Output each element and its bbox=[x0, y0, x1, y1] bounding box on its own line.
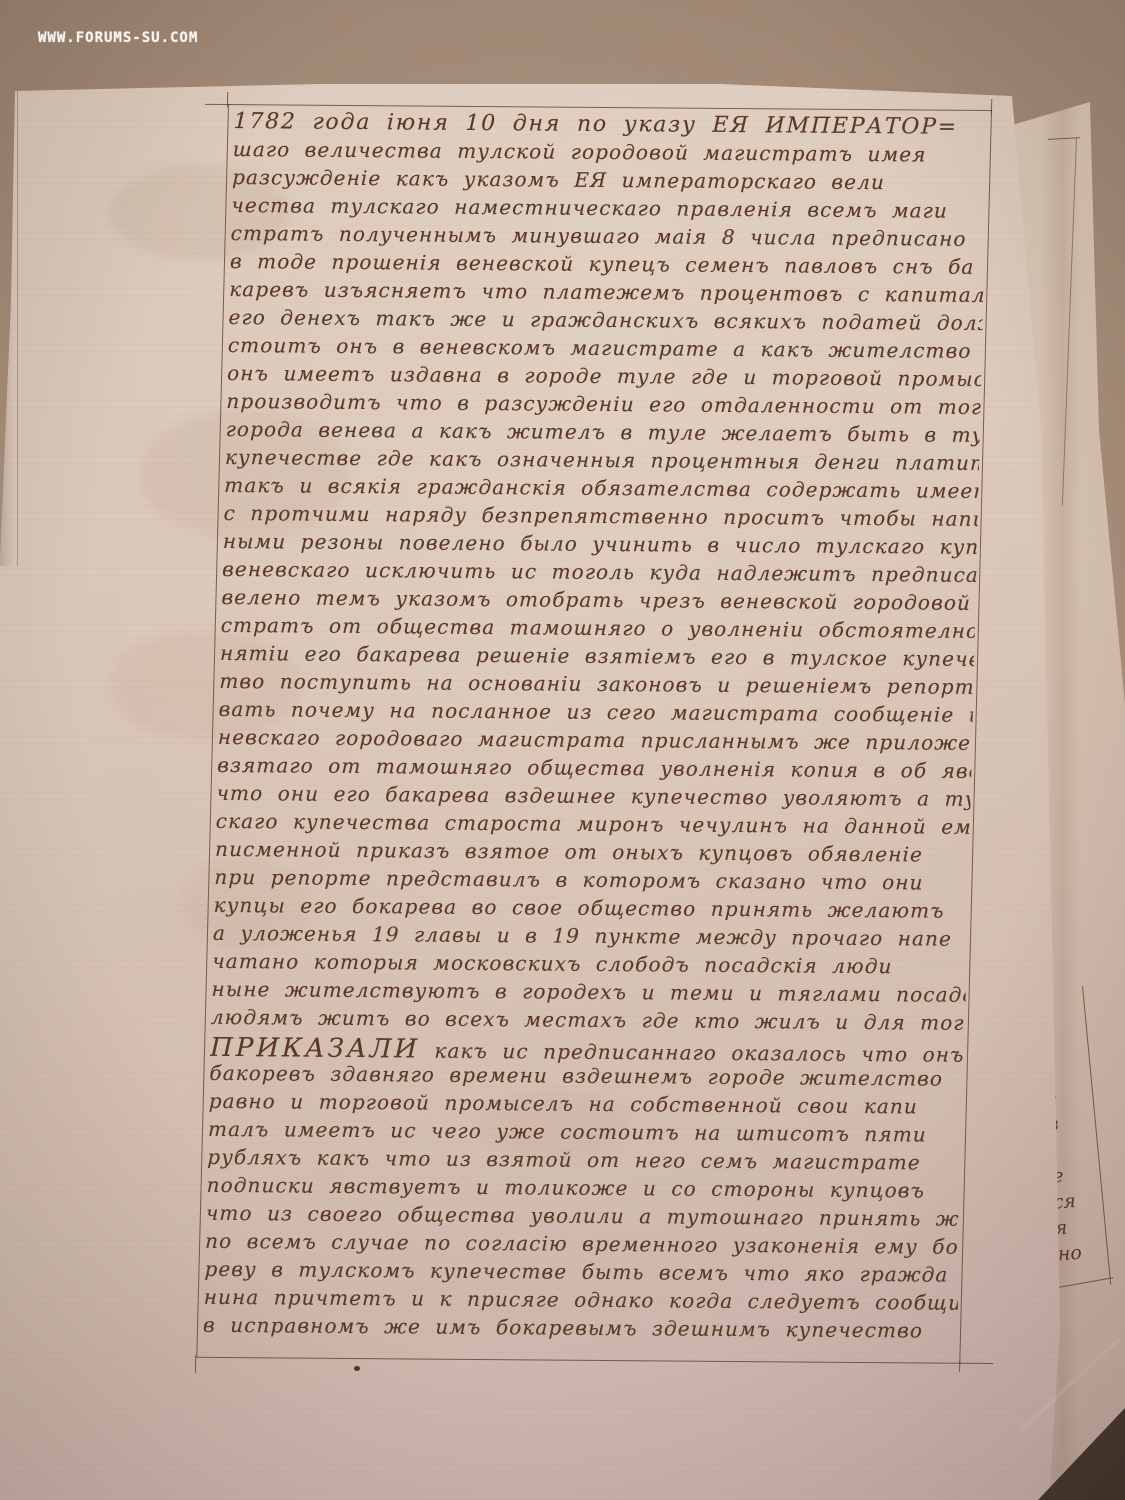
manuscript-line: в исправномъ же имъ бокаревымъ здешнимъ … bbox=[203, 1313, 958, 1347]
watermark-text: WWW.FORUMS-SU.COM bbox=[38, 30, 198, 46]
frame-corner-tick bbox=[959, 1361, 961, 1372]
frame-corner-tick bbox=[959, 1363, 993, 1365]
pencil-mark bbox=[455, 0, 557, 36]
page-ruled-frame: 1782 года іюня 10 дня по указу ЕЯ ИМПЕРА… bbox=[196, 104, 992, 1364]
page-left-edge bbox=[0, 86, 18, 566]
resolution-word: ПРИКАЗАЛИ bbox=[210, 1033, 421, 1065]
ink-dot bbox=[354, 1366, 360, 1371]
frame-corner-tick bbox=[205, 104, 231, 106]
manuscript-text: 1782 года іюня 10 дня по указу ЕЯ ИМПЕРА… bbox=[202, 109, 988, 1361]
photo-background: дзеееевднежяеянно 1782 года іюня 10 дня … bbox=[0, 0, 1125, 1500]
